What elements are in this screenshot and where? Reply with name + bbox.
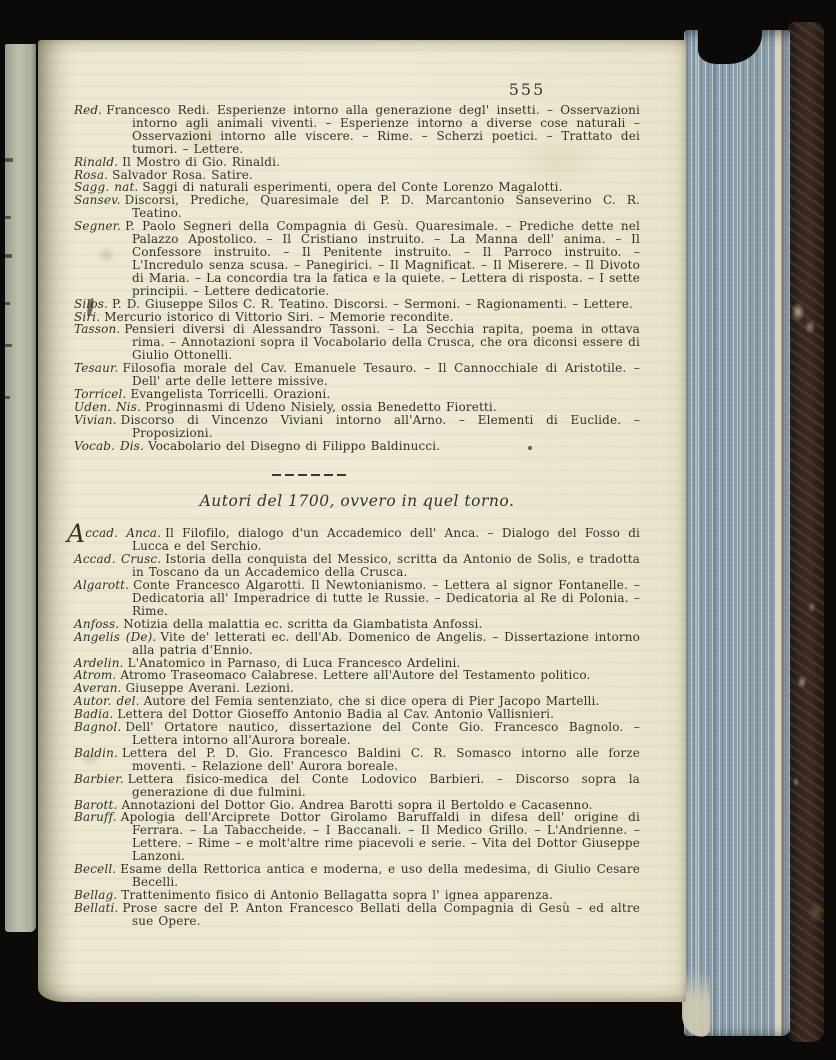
bibliography-entry: Accad. Anca.Il Filofilo, dialogo d'un Ac…: [74, 527, 640, 553]
entry-description: Vocabolario del Disegno di Filippo Baldi…: [148, 439, 440, 453]
entry-description: Lettera del Dottor Gioseffo Antonio Badi…: [117, 707, 554, 721]
entry-description: Apologia dell'Arciprete Dottor Girolamo …: [121, 810, 640, 863]
facing-page-text-fragment: [5, 302, 10, 305]
bibliography-entry: Baldin.Lettera del P. D. Gio. Francesco …: [74, 747, 640, 773]
bibliography-entry: Segner.P. Paolo Segneri della Compagnia …: [74, 220, 640, 297]
bibliography-entry: Barbier.Lettera fisico-medica del Conte …: [74, 773, 640, 799]
entry-abbreviation: Anfoss.: [74, 617, 119, 631]
entry-abbreviation: Red.: [74, 103, 102, 117]
entry-abbreviation: Sansev.: [74, 193, 121, 207]
entry-abbreviation: Segner.: [74, 219, 121, 233]
page-number: 555: [487, 80, 567, 99]
entry-abbreviation: Becell.: [74, 862, 116, 876]
entry-abbreviation: Vivian.: [74, 413, 117, 427]
entry-abbreviation: Ardelin.: [74, 656, 124, 670]
bibliography-entry: Tasson.Pensieri diversi di Alessandro Ta…: [74, 323, 640, 362]
section-divider: [272, 474, 348, 476]
entry-abbreviation: Accad. Anca.: [74, 526, 161, 540]
entry-abbreviation: Averan.: [74, 681, 122, 695]
text-block: Red.Francesco Redi. Esperienze intorno a…: [74, 104, 640, 928]
entry-description: Atromo Traseomaco Calabrese. Lettere all…: [120, 668, 590, 682]
facing-page-strip: [5, 44, 36, 932]
section-heading: Autori del 1700, ovvero in quel torno.: [74, 492, 640, 510]
entry-abbreviation: Uden. Nis.: [74, 400, 141, 414]
bibliography-entry: Bellati.Prose sacre del P. Anton Frances…: [74, 902, 640, 928]
entry-abbreviation: Rinald.: [74, 155, 118, 169]
entry-description: Conte Francesco Algarotti. Il Newtoniani…: [132, 578, 640, 618]
entry-abbreviation: Badia.: [74, 707, 113, 721]
entry-description: Francesco Redi. Esperienze intorno alla …: [106, 103, 640, 156]
facing-page-text-fragment: [5, 254, 12, 258]
bibliography-entry: Vocab. Dis.Vocabolario del Disegno di Fi…: [74, 440, 640, 453]
entry-abbreviation: Algarott.: [74, 578, 129, 592]
bibliography-section-1600s: Red.Francesco Redi. Esperienze intorno a…: [74, 104, 640, 452]
entry-description: Il Mostro di Gio. Rinaldi.: [122, 155, 280, 169]
bibliography-entry: Baruff.Apologia dell'Arciprete Dottor Gi…: [74, 811, 640, 863]
entry-abbreviation: Accad. Crusc.: [74, 552, 161, 566]
entry-abbreviation: Angelis (De).: [74, 630, 156, 644]
entry-abbreviation: Bellati.: [74, 901, 118, 915]
entry-description: Esame della Rettorica antica e moderna, …: [120, 862, 640, 889]
entry-description: Salvador Rosa. Satire.: [112, 168, 253, 182]
entry-abbreviation: Rosa.: [74, 168, 108, 182]
entry-description: P. Paolo Segneri della Compagnia di Gesù…: [125, 219, 640, 298]
entry-description: Annotazioni del Dottor Gio. Andrea Barot…: [121, 798, 592, 812]
bibliography-entry: Algarott.Conte Francesco Algarotti. Il N…: [74, 579, 640, 618]
bibliography-entry: Angelis (De).Vite de' letterati ec. dell…: [74, 631, 640, 657]
entry-description: Filosofia morale del Cav. Emanuele Tesau…: [123, 361, 641, 388]
entry-abbreviation: Torricel.: [74, 387, 126, 401]
entry-abbreviation: Baldin.: [74, 746, 118, 760]
entry-description: Notizia della malattia ec. scritta da Gi…: [123, 617, 482, 631]
entry-description: Mercurio istorico di Vittorio Siri. – Me…: [104, 310, 453, 324]
decorative-initial: A: [67, 519, 85, 548]
entry-description: Evangelista Torricelli. Orazioni.: [130, 387, 330, 401]
bibliography-section-1700s: Accad. Anca.Il Filofilo, dialogo d'un Ac…: [74, 527, 640, 927]
entry-abbreviation: Barott.: [74, 798, 117, 812]
entry-abbreviation: Siri.: [74, 310, 100, 324]
entry-description: Pensieri diversi di Alessandro Tassoni. …: [124, 322, 640, 362]
entry-abbreviation: Barbier.: [74, 772, 124, 786]
entry-description: Autore del Femia sentenziato, che si dic…: [144, 694, 600, 708]
entry-description: Lettera del P. D. Gio. Francesco Baldini…: [122, 746, 640, 773]
entry-description: L'Anatomico in Parnaso, di Luca Francesc…: [128, 656, 461, 670]
entry-description: Proginnasmi di Udeno Nisiely, ossia Bene…: [145, 400, 497, 414]
bibliography-entry: Becell.Esame della Rettorica antica e mo…: [74, 863, 640, 889]
book-cover-edge: [788, 22, 824, 1042]
entry-description: Discorso di Vincenzo Viviani intorno all…: [121, 413, 640, 440]
bibliography-entry: Red.Francesco Redi. Esperienze intorno a…: [74, 104, 640, 156]
book-page: 555 Red.Francesco Redi. Esperienze intor…: [38, 40, 686, 1002]
bibliography-entry: Tesaur.Filosofia morale del Cav. Emanuel…: [74, 362, 640, 388]
bibliography-entry: Sansev.Discorsi, Prediche, Quaresimale d…: [74, 194, 640, 220]
facing-page-text-fragment: [5, 396, 10, 399]
page-stack-fore-edge: [684, 30, 790, 1036]
entry-abbreviation: Bellag.: [74, 888, 117, 902]
entry-description: P. D. Giuseppe Silos C. R. Teatino. Disc…: [112, 297, 633, 311]
entry-abbreviation: Baruff.: [74, 810, 117, 824]
bibliography-entry: Bagnol.Dell' Ortatore nautico, dissertaz…: [74, 721, 640, 747]
entry-abbreviation: Tesaur.: [74, 361, 119, 375]
entry-abbreviation: Vocab. Dis.: [74, 439, 144, 453]
bibliography-entry: Accad. Crusc.Istoria della conquista del…: [74, 553, 640, 579]
entry-abbreviation: Sagg. nat.: [74, 180, 138, 194]
entry-description: Istoria della conquista del Messico, scr…: [132, 552, 640, 579]
entry-abbreviation: Tasson.: [74, 322, 120, 336]
entry-description: Il Filofilo, dialogo d'un Accademico del…: [132, 526, 640, 553]
scanned-book-photo: { "page": { "number": "555" }, "sections…: [0, 0, 836, 1060]
bibliography-entry: Vivian.Discorso di Vincenzo Viviani into…: [74, 414, 640, 440]
entry-abbreviation: Silos.: [74, 297, 108, 311]
entry-description: Trattenimento fisico di Antonio Bellagat…: [121, 888, 553, 902]
entry-description: Giuseppe Averani. Lezioni.: [126, 681, 295, 695]
facing-page-text-fragment: [5, 344, 12, 347]
entry-description: Discorsi, Prediche, Quaresimale del P. D…: [125, 193, 640, 220]
entry-description: Prose sacre del P. Anton Francesco Bella…: [122, 901, 640, 928]
entry-abbreviation: Atrom.: [74, 668, 116, 682]
entry-description: Saggi di naturali esperimenti, opera del…: [142, 180, 562, 194]
entry-description: Dell' Ortatore nautico, dissertazione de…: [125, 720, 640, 747]
entry-abbreviation: Bagnol.: [74, 720, 121, 734]
page-stack-bottom-edge: [682, 968, 710, 1038]
facing-page-text-fragment: [5, 158, 13, 162]
entry-description: Vite de' letterati ec. dell'Ab. Domenico…: [132, 630, 640, 657]
facing-page-text-fragment: [5, 216, 11, 219]
entry-abbreviation: Autor. del.: [74, 694, 140, 708]
entry-description: Lettera fisico-medica del Conte Lodovico…: [128, 772, 640, 799]
page-stack-notch: [698, 28, 762, 64]
